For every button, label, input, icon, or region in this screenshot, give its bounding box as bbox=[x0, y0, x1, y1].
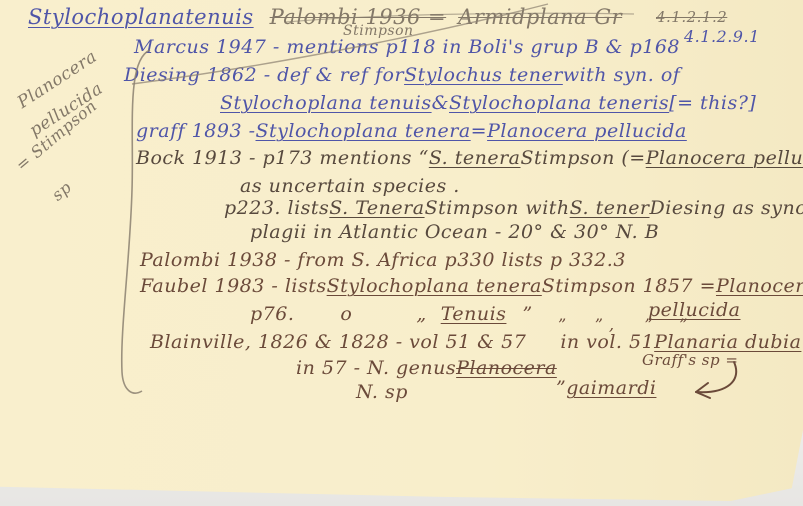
entry-blainville: Blainville, 1826 & 1828 - vol 51 & 57in … bbox=[150, 331, 801, 353]
entry-bock-p223: p223. lists S. Tenera Stimpson with S. t… bbox=[224, 197, 803, 219]
entry-blainville-vol57-segment: in 57 - N. genus bbox=[296, 357, 456, 379]
entry-faubel-1983-segment: Stimpson 1857 = bbox=[542, 275, 716, 297]
title-species-segment: tenuis bbox=[185, 5, 253, 29]
scanned-page: Stylochoplana tenuisPalombi 1936 =Armidp… bbox=[0, 0, 803, 506]
entry-gaimardi-segment: gaimardi bbox=[566, 377, 656, 399]
entry-bock-p223-segment: p223. lists bbox=[224, 197, 329, 219]
entry-diesing-synonyms-segment: [= this?] bbox=[669, 92, 756, 114]
entry-diesing-1862-segment: Stylochus tener bbox=[404, 64, 563, 86]
entry-bock-uncertain-segment: as uncertain species . bbox=[240, 175, 460, 197]
entry-graff-1893-segment: Stylochoplana tenera bbox=[256, 120, 471, 142]
code-current-segment: 4.1.2.9.1 bbox=[684, 27, 760, 46]
entry-bock-p223-segment: Stimpson with bbox=[425, 197, 570, 219]
entry-blainville-nsp-segment: N. sp bbox=[356, 381, 408, 403]
entry-bock-1913-segment: Bock 1913 - p173 mentions “ bbox=[136, 147, 429, 169]
entry-faubel-1983: Faubel 1983 - lists Stylochoplana tenera… bbox=[140, 275, 803, 297]
entry-bock-1913: Bock 1913 - p173 mentions “S. tenera Sti… bbox=[136, 147, 803, 169]
entry-diesing-1862: Diesing 1862 - def & ref for Stylochus t… bbox=[124, 64, 680, 86]
entry-bock-1913-segment: Stimpson (= bbox=[521, 147, 646, 169]
note-graffs-sp-segment: Graff's sp = bbox=[642, 351, 738, 369]
entry-gaimardi: ” gaimardi bbox=[556, 377, 656, 399]
entry-faubel-1983-segment: Stylochoplana tenera bbox=[327, 275, 542, 297]
entry-faubel-1983-segment: Faubel 1983 - lists bbox=[140, 275, 327, 297]
entry-faubel-p76-segment: ” bbox=[522, 303, 532, 325]
title-species-segment: Armidplana Gr bbox=[458, 5, 622, 29]
code-current: 4.1.2.9.1 bbox=[684, 27, 760, 46]
entry-palombi-1938: Palombi 1938 - from S. Africa p330 lists… bbox=[140, 249, 626, 271]
entry-blainville-vol57-segment: Planocera bbox=[456, 357, 557, 379]
code-struck: 4.1.2.1.2 bbox=[656, 8, 727, 26]
entry-bock-uncertain: as uncertain species . bbox=[240, 175, 460, 197]
entry-diesing-synonyms-segment: Stylochoplana teneris bbox=[449, 92, 669, 114]
entry-graff-1893-segment: = bbox=[471, 120, 487, 142]
entry-bock-1913-segment: S. tenera bbox=[429, 147, 521, 169]
title-species-segment: Stylochoplana bbox=[28, 5, 185, 29]
entry-gaimardi-segment: ” bbox=[556, 377, 566, 399]
entry-diesing-synonyms-segment: & bbox=[432, 92, 449, 114]
entry-blainville-segment: Planaria dubia bbox=[654, 331, 801, 353]
entry-marcus-1947: Marcus 1947 - mentions p118 in Boli's gr… bbox=[134, 36, 680, 58]
entry-faubel-p76-segment: „ bbox=[416, 303, 426, 325]
entry-faubel-p76-segment: Tenuis bbox=[441, 303, 507, 325]
entry-marcus-1947-segment: Marcus 1947 - mentions p118 in Boli's gr… bbox=[134, 36, 680, 58]
entry-bock-p223-segment: S. tener bbox=[570, 197, 650, 219]
entry-blainville-vol57: in 57 - N. genus Planocera bbox=[296, 357, 557, 379]
entry-faubel-p76: p76.o„Tenuis” bbox=[250, 303, 533, 325]
entry-graff-1893-segment: Planocera pellucida bbox=[487, 120, 687, 142]
entry-faubel-1983-segment: Planocera bbox=[716, 275, 803, 297]
entry-diesing-synonyms: Stylochoplana tenuis & Stylochoplana ten… bbox=[220, 92, 756, 114]
entry-diesing-synonyms-segment: Stylochoplana tenuis bbox=[220, 92, 432, 114]
entry-bock-pelagic: plagii in Atlantic Ocean - 20° & 30° N. … bbox=[250, 221, 659, 243]
entry-blainville-nsp: N. sp bbox=[356, 381, 408, 403]
entry-graff-1893-segment: graff 1893 - bbox=[136, 120, 256, 142]
note-graffs-sp: Graff's sp = bbox=[642, 351, 738, 369]
entry-bock-p223-segment: S. Tenera bbox=[329, 197, 424, 219]
entry-diesing-1862-segment: with syn. of bbox=[563, 64, 681, 86]
entry-palombi-1938-segment: Palombi 1938 - from S. Africa p330 lists… bbox=[140, 249, 626, 271]
entry-bock-1913-segment: Planocera pellucida bbox=[646, 147, 803, 169]
entry-diesing-1862-segment: Diesing 1862 - def & ref for bbox=[124, 64, 404, 86]
entry-faubel-p76-segment: p76. bbox=[250, 303, 294, 325]
code-struck-segment: 4.1.2.1.2 bbox=[656, 8, 727, 26]
entry-faubel-p76-segment: o bbox=[340, 303, 352, 325]
entry-blainville-segment: Blainville, 1826 & 1828 - vol 51 & 57 bbox=[150, 331, 526, 353]
entry-bock-pelagic-segment: plagii in Atlantic Ocean - 20° & 30° N. … bbox=[250, 221, 659, 243]
title-species: Stylochoplana tenuisPalombi 1936 =Armidp… bbox=[28, 5, 622, 29]
entry-bock-p223-segment: Diesing as synonym. bbox=[650, 197, 803, 219]
entry-graff-1893: graff 1893 - Stylochoplana tenera = Plan… bbox=[136, 120, 687, 142]
entry-blainville-segment: in vol. 51 bbox=[560, 331, 654, 353]
